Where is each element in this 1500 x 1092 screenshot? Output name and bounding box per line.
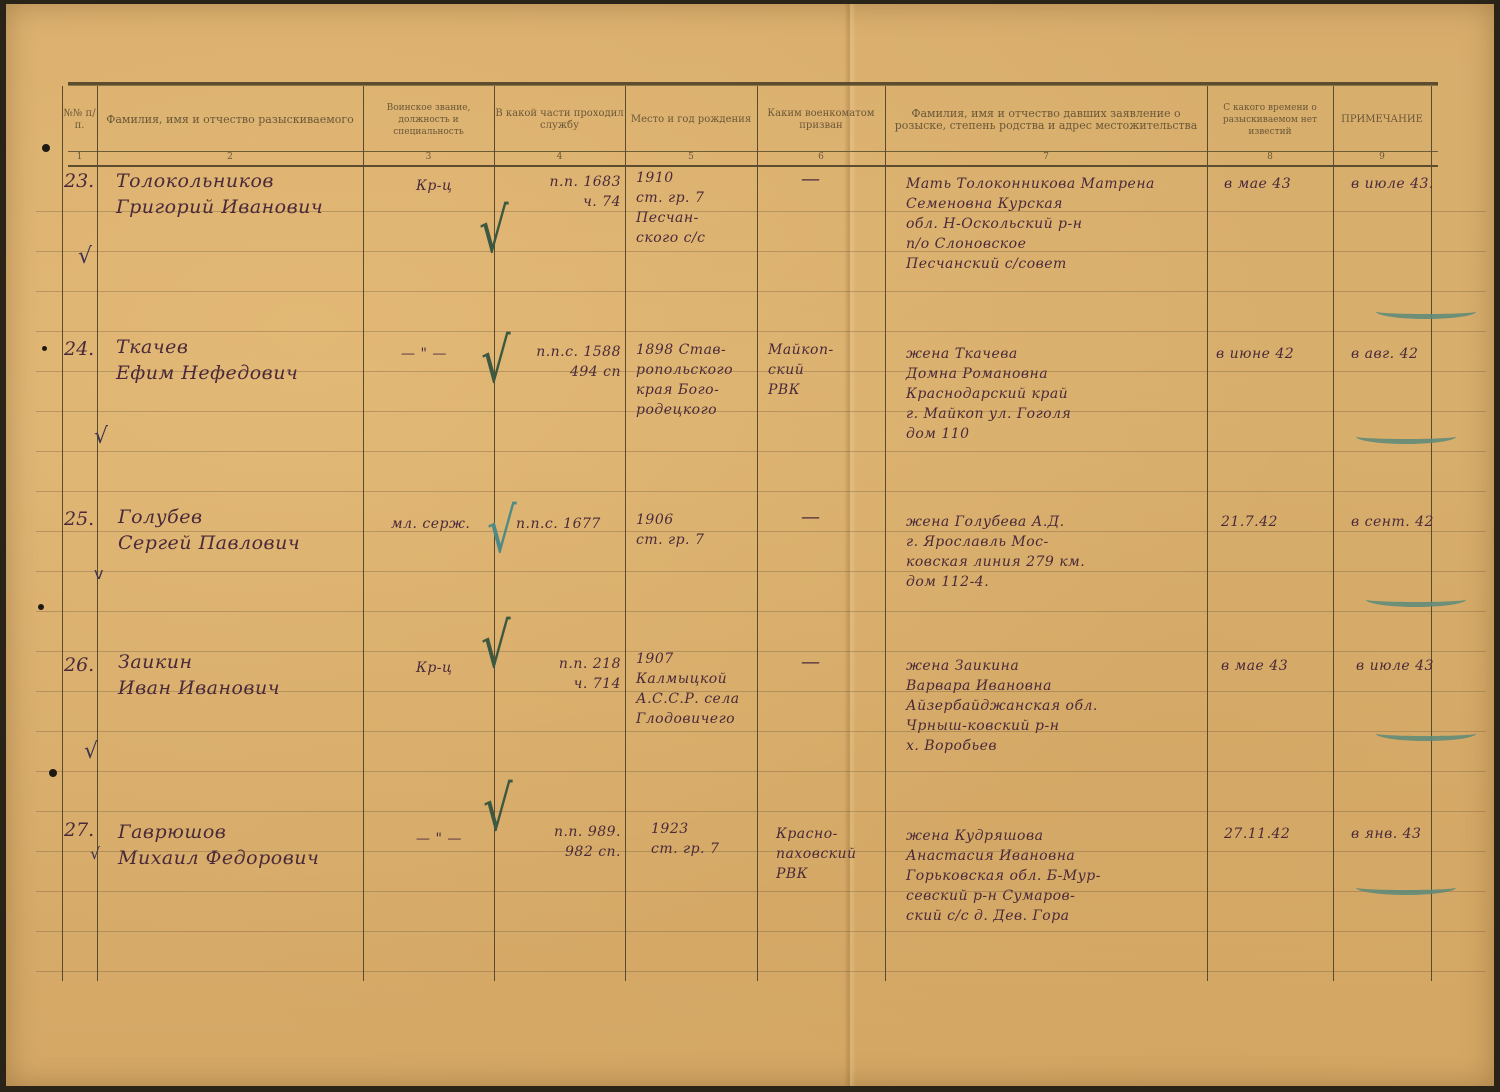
row-number: 23. [64,170,94,192]
check-mark-icon: √ [483,772,513,845]
no-news-since: в мае 43 [1221,656,1288,676]
military-unit: п.п. 1683 ч. 74 [511,172,621,212]
check-mark-icon: √ [487,494,517,567]
note: в июле 43 [1356,656,1434,676]
draft-office: Красно- паховский РВК [776,824,857,884]
check-mark-icon: √ [84,739,98,764]
column-line-9 [1431,86,1432,981]
punch-hole [42,346,47,351]
column-line-2 [363,86,364,981]
no-news-since: 27.11.42 [1224,824,1290,844]
annotation-mark [1356,880,1456,895]
column-line-5 [757,86,758,981]
header-col-5: Место и год рождения [625,92,757,148]
header-col-6: Каким военкоматом призван [757,92,885,148]
applicant-info: жена Ткачева Домна Романовна Краснодарск… [906,344,1071,444]
missing-person-name: Заикин Иван Иванович [118,649,280,701]
annotation-mark [1376,304,1476,319]
column-line-0 [62,86,63,981]
birth-place-year: 1898 Став- ропольского края Бого- родецк… [636,340,733,420]
check-mark-icon: √ [90,844,100,863]
draft-office: — [801,504,821,530]
missing-person-name: Голубев Сергей Павлович [118,504,300,556]
column-line-6 [885,86,886,981]
applicant-info: Мать Толоконникова Матрена Семеновна Кур… [906,174,1155,274]
check-mark-icon: v [94,564,103,583]
header-col-7: Фамилия, имя и отчество давших заявление… [885,92,1207,148]
draft-office: — [801,649,821,675]
note: в янв. 43 [1351,824,1421,844]
header-num-6: 6 [757,152,885,165]
header-col-8: С какого времени о разыскиваемом нет изв… [1207,92,1333,148]
row-number: 24. [64,338,94,360]
check-mark-icon: √ [78,244,92,269]
punch-hole [42,144,50,152]
header-num-7: 7 [885,152,1207,165]
row-number: 26. [64,654,94,676]
military-unit: п.п.с. 1588 494 сп [511,342,621,382]
note: в авг. 42 [1351,344,1418,364]
punch-hole [38,604,44,610]
row-number: 27. [64,819,94,841]
header-col-9: ПРИМЕЧАНИЕ [1333,92,1431,148]
header-num-5: 5 [625,152,757,165]
military-unit: п.п. 989. 982 сп. [511,822,621,862]
header-num-8: 8 [1207,152,1333,165]
military-unit: п.п. 218 ч. 714 [511,654,621,694]
missing-person-name: Толокольников Григорий Иванович [116,168,323,220]
military-rank: — " — [401,344,447,364]
column-line-4 [625,86,626,981]
applicant-info: жена Голубева А.Д. г. Ярославль Мос- ков… [906,512,1085,592]
header-num-1: 1 [62,152,97,165]
missing-person-name: Ткачев Ефим Нефедович [116,334,298,386]
check-mark-icon: √ [481,609,511,682]
annotation-mark [1376,726,1476,741]
punch-hole [49,769,57,777]
header-col-1: №№ п/п. [62,92,97,148]
birth-place-year: 1907 Калмыцкой А.С.С.Р. села Глодовичего [636,649,740,729]
row-number: 25. [64,508,94,530]
header-num-9: 9 [1333,152,1431,165]
no-news-since: в мае 43 [1224,174,1291,194]
birth-place-year: 1910 ст. гр. 7 Песчан- ского с/с [636,168,705,248]
military-rank: — " — [416,829,462,849]
header-num-4: 4 [494,152,625,165]
birth-place-year: 1923 ст. гр. 7 [651,819,719,859]
military-rank: Кр-ц [416,176,452,196]
note: в сент. 42 [1351,512,1434,532]
military-rank: Кр-ц [416,658,452,678]
missing-person-name: Гаврюшов Михаил Федорович [118,819,319,871]
annotation-mark [1366,592,1466,607]
birth-place-year: 1906 ст. гр. 7 [636,510,704,550]
check-mark-icon: √ [481,324,511,397]
header-num-3: 3 [363,152,494,165]
header-col-2: Фамилия, имя и отчество разыскиваемого [97,92,363,148]
check-mark-icon: √ [94,424,108,449]
header-col-3: Воинское звание, должность и специальнос… [363,92,494,148]
draft-office: Майкоп- ский РВК [768,340,834,400]
header-num-2: 2 [97,152,363,165]
document-sheet: №№ п/п. Фамилия, имя и отчество разыскив… [6,4,1494,1086]
no-news-since: в июне 42 [1216,344,1294,364]
applicant-info: жена Заикина Варвара Ивановна Айзербайдж… [906,656,1098,756]
column-line-8 [1333,86,1334,981]
annotation-mark [1356,429,1456,444]
note: в июле 43. [1351,174,1434,194]
applicant-info: жена Кудряшова Анастасия Ивановна Горько… [906,826,1101,926]
header-col-4: В какой части проходил службу [494,92,625,148]
military-unit: п.п.с. 1677 [516,514,601,534]
military-rank: мл. серж. [391,514,470,534]
table-top-border [68,82,1438,86]
header-number-divider [68,165,1438,167]
check-mark-icon: √ [479,194,509,267]
column-line-7 [1207,86,1208,981]
no-news-since: 21.7.42 [1221,512,1278,532]
draft-office: — [801,166,821,192]
